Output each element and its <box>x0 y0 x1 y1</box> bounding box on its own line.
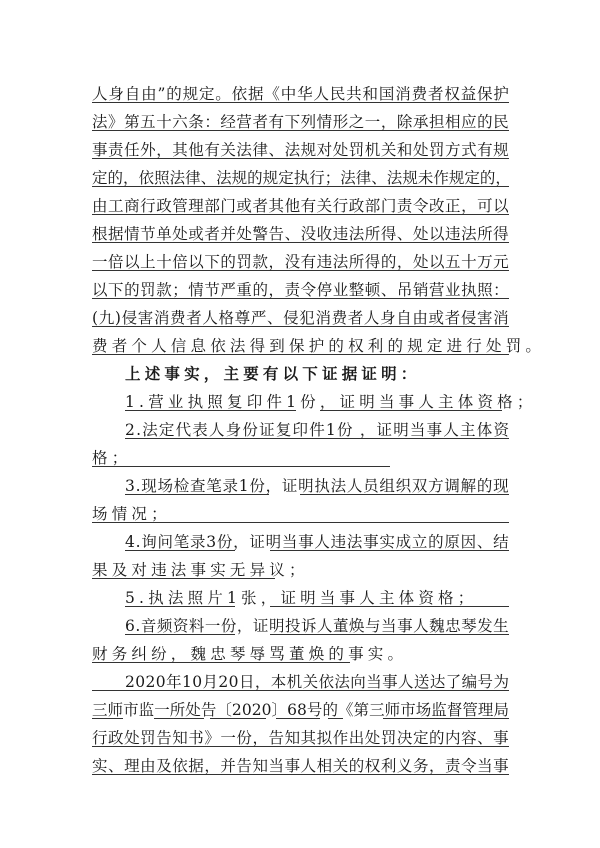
line-text: 2020年10月20日，本机关依法向当事人送达了编号为 <box>125 673 509 691</box>
evidence-item-5: 5.执法照片1张，证明当事人主体资格； <box>92 589 509 611</box>
evidence-item-2: 2.法定代表人身份证复印件1份 ，证明当事人主体资 <box>92 421 509 443</box>
line-text: 6.音频资料一份，证明投诉人董焕与当事人魏忠琴发生 <box>125 617 509 635</box>
line-text: 以下的罚款；情节严重的，责令停业整顿、吊销营业执照： <box>92 281 509 299</box>
evidence-item-6: 6.音频资料一份，证明投诉人董焕与当事人魏忠琴发生 <box>92 617 509 639</box>
line-text: 法》第五十六条：经营者有下列情形之一，除承担相应的民 <box>92 113 509 131</box>
evidence-item-3: 3.现场检查笔录1份，证明执法人员组织双方调解的现 <box>92 477 509 499</box>
text-line: 以下的罚款；情节严重的，责令停业整顿、吊销营业执照： <box>92 281 509 303</box>
text-line: 事责任外，其他有关法律、法规对处罚机关和处罚方式有规 <box>92 141 509 163</box>
line-text: 上述事实，主要有以下证据证明： <box>125 365 421 383</box>
line-text: 定的，依照法律、法规的规定执行；法律、法规未作规定的， <box>92 169 509 187</box>
notice-paragraph-line: 实、理由及依据，并告知当事人相关的权利义务，责令当事 <box>92 757 509 779</box>
line-text: 财务纠纷，魏忠琴辱骂董焕的事实。 <box>92 645 407 663</box>
line-text: 行政处罚告知书》一份，告知其拟作出处罚决定的内容、事 <box>92 729 509 747</box>
line-text: 格； <box>92 449 131 467</box>
line-text: 根据情节单处或者并处警告、没收违法所得、处以违法所得 <box>92 225 509 243</box>
text-line: 场情况； <box>92 505 509 527</box>
text-line: 根据情节单处或者并处警告、没收违法所得、处以违法所得 <box>92 225 509 247</box>
line-text: 一倍以上十倍以下的罚款，没有违法所得的，处以五十万元 <box>92 253 509 271</box>
notice-paragraph-line: 2020年10月20日，本机关依法向当事人送达了编号为 <box>92 673 509 695</box>
line-text: 1.营业执照复印件1份，证明当事人主体资格； <box>125 393 537 411</box>
text-line: 一倍以上十倍以下的罚款，没有违法所得的，处以五十万元 <box>92 253 509 275</box>
line-text: 3.现场检查笔录1份，证明执法人员组织双方调解的现 <box>125 477 509 495</box>
line-text: 2.法定代表人身份证复印件1份 ，证明当事人主体资 <box>125 421 509 439</box>
line-text: 果及对违法事实无异议； <box>92 561 309 579</box>
text-line: 由工商行政管理部门或者其他有关行政部门责令改正，可以 <box>92 197 509 219</box>
evidence-item-4: 4.询问笔录3份，证明当事人违法事实成立的原因、结 <box>92 533 509 555</box>
line-text: 事责任外，其他有关法律、法规对处罚机关和处罚方式有规 <box>92 141 509 159</box>
text-line: 定的，依照法律、法规的规定执行；法律、法规未作规定的， <box>92 169 509 191</box>
line-text: 人身自由”的规定。依据《中华人民共和国消费者权益保护 <box>92 85 509 103</box>
line-text: 5.执法照片1张，证明当事人主体资格； <box>125 589 477 607</box>
line-text: 实、理由及依据，并告知当事人相关的权利义务，责令当事 <box>92 757 509 775</box>
evidence-heading: 上述事实，主要有以下证据证明： <box>92 365 509 387</box>
document-page: 人身自由”的规定。依据《中华人民共和国消费者权益保护 法》第五十六条：经营者有下… <box>0 0 600 848</box>
line-text: (九)侵害消费者人格尊严、侵犯消费者人身自由或者侵害消 <box>92 309 509 327</box>
line-text: 三师市监一所处告〔2020〕68号的《第三师市场监督管理局 <box>92 701 509 719</box>
line-text: 4.询问笔录3份，证明当事人违法事实成立的原因、结 <box>125 533 509 551</box>
text-line: 格； <box>92 449 509 471</box>
text-line: (九)侵害消费者人格尊严、侵犯消费者人身自由或者侵害消 <box>92 309 509 331</box>
underline <box>92 466 390 467</box>
line-text: 场情况； <box>92 505 171 523</box>
notice-paragraph-line: 三师市监一所处告〔2020〕68号的《第三师市场监督管理局 <box>92 701 509 723</box>
text-line: 费者个人信息依法得到保护的权利的规定进行处罚。 <box>92 337 509 359</box>
line-text: 由工商行政管理部门或者其他有关行政部门责令改正，可以 <box>92 197 509 215</box>
text-line: 果及对违法事实无异议； <box>92 561 509 583</box>
text-line: 人身自由”的规定。依据《中华人民共和国消费者权益保护 <box>92 85 509 107</box>
notice-paragraph-line: 行政处罚告知书》一份，告知其拟作出处罚决定的内容、事 <box>92 729 509 751</box>
text-line: 法》第五十六条：经营者有下列情形之一，除承担相应的民 <box>92 113 509 135</box>
text-line: 财务纠纷，魏忠琴辱骂董焕的事实。 <box>92 645 509 667</box>
evidence-item-1: 1.营业执照复印件1份，证明当事人主体资格； <box>92 393 509 415</box>
line-text: 费者个人信息依法得到保护的权利的规定进行处罚。 <box>92 337 545 355</box>
